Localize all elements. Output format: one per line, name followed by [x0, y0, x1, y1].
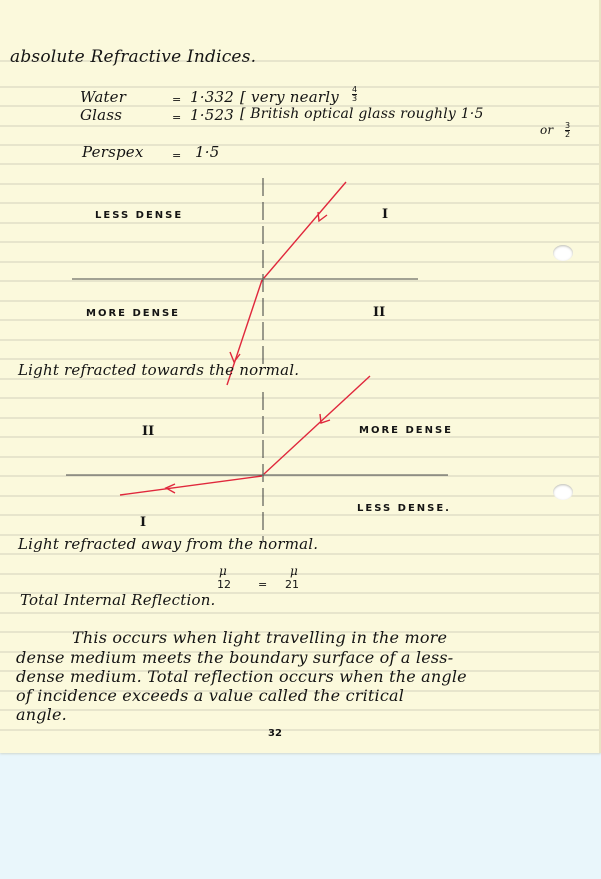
diagram2-caption: Light refracted away from the normal.: [18, 535, 318, 553]
diagram1-label-less-dense: LESS DENSE: [95, 210, 183, 221]
diagram2-label-more-dense: MORE DENSE: [359, 425, 453, 436]
equation-lhs-mu: μ: [219, 564, 227, 578]
diagram1-label-more-dense: MORE DENSE: [86, 308, 180, 319]
section-title: Total Internal Reflection.: [20, 591, 216, 609]
notebook-page: absolute Refractive Indices. Water = 1·3…: [0, 0, 601, 753]
paragraph-line: dense medium. Total reflection occurs wh…: [16, 667, 467, 686]
paragraph-line: of incidence exceeds a value called the …: [16, 686, 404, 705]
diagram1-caption: Light refracted towards the normal.: [18, 361, 299, 379]
diagram2-rays: [120, 376, 370, 495]
equation-equals: =: [258, 578, 267, 591]
diagram1-rays: [227, 182, 346, 385]
paragraph-line: angle.: [16, 705, 67, 724]
diagram1-label-medium-two: II: [373, 305, 385, 320]
equation-lhs-subscript: 12: [217, 578, 231, 591]
diagram2-label-medium-two: II: [142, 424, 154, 439]
diagram1-label-medium-one: I: [382, 207, 388, 222]
diagram2-label-less-dense: LESS DENSE.: [357, 503, 451, 514]
paragraph-line: This occurs when light travelling in the…: [72, 628, 447, 647]
equation-rhs-subscript: 21: [285, 578, 299, 591]
diagram2-label-medium-one: I: [140, 515, 146, 530]
equation-rhs-mu: μ: [290, 564, 298, 578]
page-number: 32: [268, 728, 282, 739]
paragraph-line: dense medium meets the boundary surface …: [16, 648, 453, 667]
